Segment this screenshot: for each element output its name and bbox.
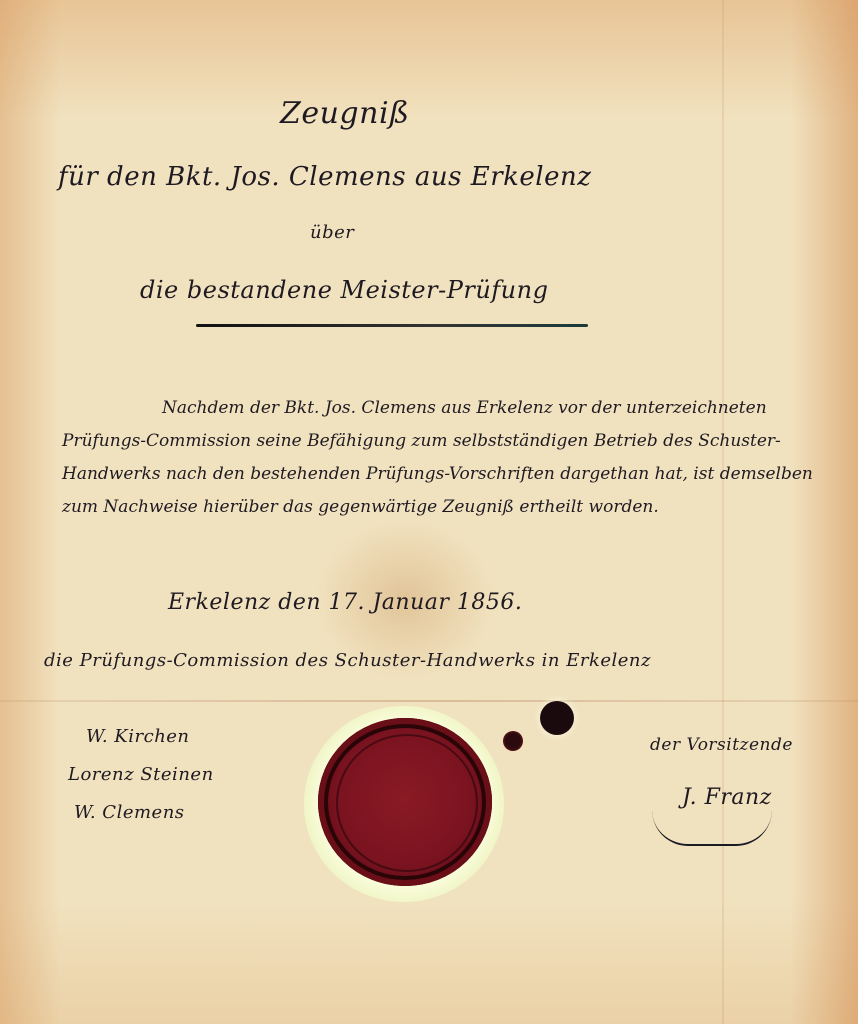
- signature-2: Lorenz Steinen: [68, 764, 214, 785]
- issuer-line: die Prüfungs-Commission des Schuster-Han…: [44, 650, 651, 671]
- place-date: Erkelenz den 17. Januar 1856.: [168, 590, 522, 615]
- preposition: über: [310, 222, 354, 243]
- wax-drop-small: [503, 731, 523, 751]
- subject-underline: [196, 324, 588, 327]
- fold-line-horizontal: [0, 700, 858, 702]
- signature-3: W. Clemens: [74, 802, 185, 823]
- body-paragraph: Nachdem der Bkt. Jos. Clemens aus Erkele…: [62, 392, 832, 524]
- signature-1: W. Kirchen: [86, 726, 190, 747]
- chair-signature: J. Franz: [682, 785, 772, 810]
- recipient-line: für den Bkt. Jos. Clemens aus Erkelenz: [58, 162, 591, 192]
- signature-flourish: [652, 810, 772, 846]
- document-title: Zeugniß: [280, 96, 410, 131]
- seal-ring: [336, 734, 478, 872]
- wax-drop-large: [540, 701, 574, 735]
- subject-line: die bestandene Meister-Prüfung: [140, 276, 548, 304]
- chair-label: der Vorsitzende: [650, 735, 793, 755]
